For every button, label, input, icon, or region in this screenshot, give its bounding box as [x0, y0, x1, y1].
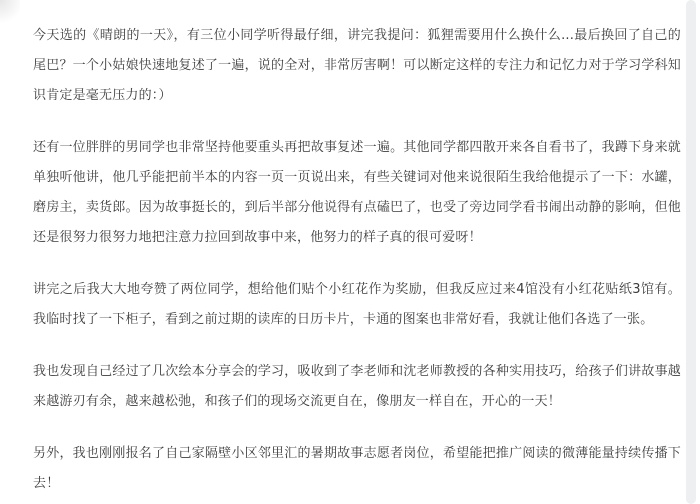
story-paragraph-2: 还有一位胖胖的男同学也非常坚持他要重头再把故事复述一遍。其他同学都四散开来各自看…: [33, 133, 681, 253]
story-paragraph-3: 讲完之后我大大地夸赞了两位同学，想给他们贴个小红花作为奖励，但我反应过来4馆没有…: [33, 275, 681, 335]
story-paragraph-1: 今天选的《晴朗的一天》，有三位小同学听得最仔细，讲完我提问：狐狸需要用什么换什么…: [33, 21, 681, 111]
article-page: 今天选的《晴朗的一天》，有三位小同学听得最仔细，讲完我提问：狐狸需要用什么换什么…: [0, 0, 700, 504]
story-paragraph-4: 我也发现自己经过了几次绘本分享会的学习，吸收到了李老师和沈老师教授的各种实用技巧…: [33, 357, 681, 417]
article-body: 今天选的《晴朗的一天》，有三位小同学听得最仔细，讲完我提问：狐狸需要用什么换什么…: [33, 21, 681, 499]
story-paragraph-5: 另外，我也刚刚报名了自己家隔壁小区邻里汇的暑期故事志愿者岗位，希望能把推广阅读的…: [33, 439, 681, 499]
page-corner-shadow: [0, 0, 20, 26]
scrollbar[interactable]: [686, 0, 696, 504]
